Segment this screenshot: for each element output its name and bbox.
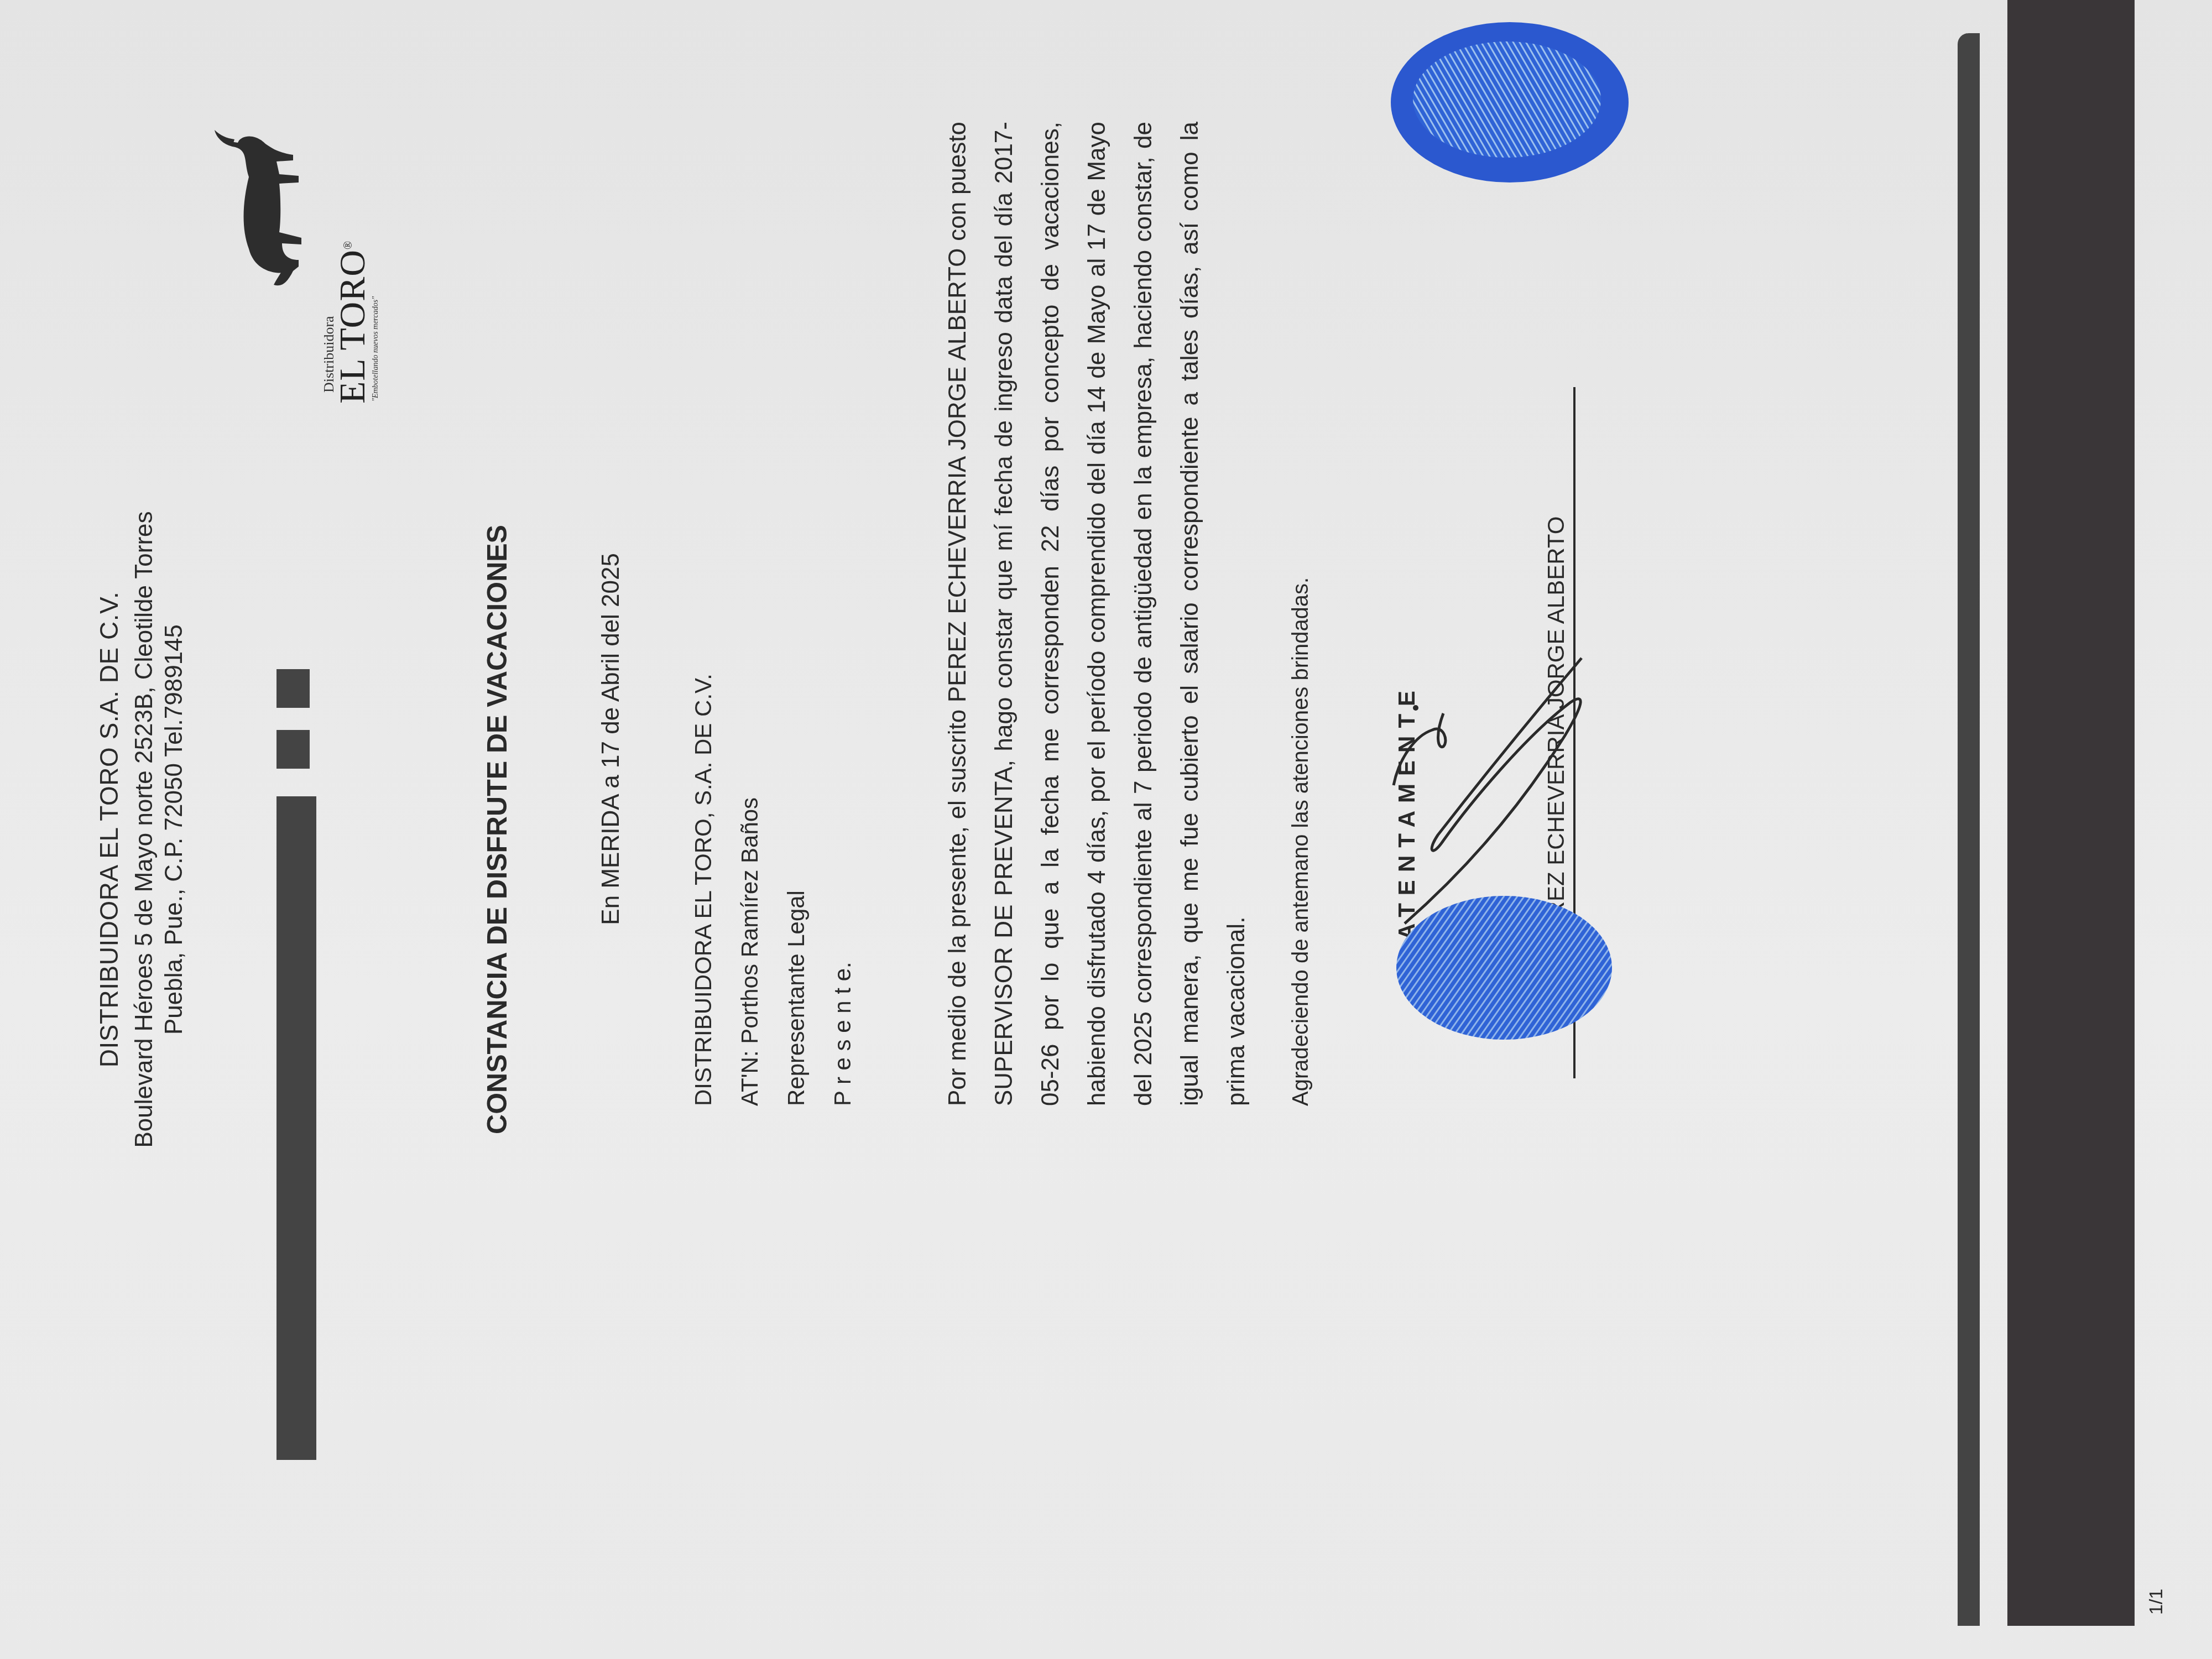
thumbprint-icon <box>1383 11 1637 194</box>
letter-page: DISTRIBUIDORA EL TORO S.A. DE C.V. Boule… <box>0 0 2212 1659</box>
logo-tagline: "Embotellando nuevos mercados" <box>372 296 380 401</box>
thanks-line: Agradeciendo de antemano las atenciones … <box>1288 577 1313 1106</box>
recipient-role: Representante Legal <box>773 674 820 1106</box>
header-address: Boulevard Héroes 5 de Mayo norte 2523B, … <box>131 0 158 1659</box>
decorative-bar-small <box>276 669 310 708</box>
logo-name-text: EL TORO <box>332 249 373 404</box>
document-title: CONSTANCIA DE DISFRUTE DE VACACIONES <box>481 0 513 1659</box>
header-company: DISTRIBUIDORA EL TORO S.A. DE C.V. <box>94 0 124 1659</box>
decorative-bar-thin <box>1958 33 1980 1626</box>
registered-mark: ® <box>342 241 354 249</box>
decorative-bar <box>276 796 316 1460</box>
page-number: 1/1 <box>2146 1589 2167 1615</box>
bull-icon <box>210 127 321 293</box>
company-logo: Distribuidora EL TORO® "Embotellando nue… <box>210 116 387 404</box>
decorative-bar-thick <box>2007 0 2135 1626</box>
recipient-company: DISTRIBUIDORA EL TORO, S.A. DE C.V. <box>680 674 727 1106</box>
header-city: Puebla, Pue., C.P. 72050 Tel.7989145 <box>160 0 188 1659</box>
thumbprint-icon <box>1388 885 1620 1051</box>
recipient-block: DISTRIBUIDORA EL TORO, S.A. DE C.V. AT'N… <box>680 674 866 1106</box>
body-paragraph: Por medio de la presente, el suscrito PE… <box>935 122 1260 1106</box>
logo-name: EL TORO® <box>332 241 374 404</box>
place-date: En MERIDA a 17 de Abril del 2025 <box>597 553 625 925</box>
recipient-presente: P r e s e n t e. <box>820 674 866 1106</box>
recipient-attention: AT'N: Porthos Ramírez Baños <box>727 674 773 1106</box>
decorative-bar-small <box>276 730 310 769</box>
